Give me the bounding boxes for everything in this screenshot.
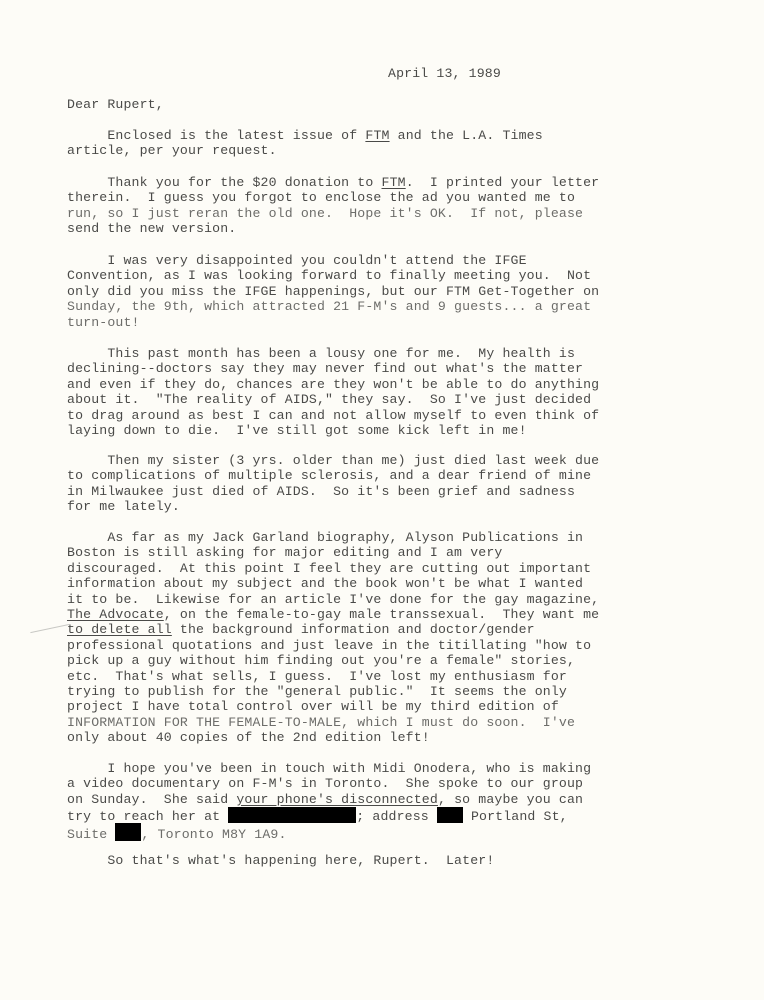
text-line: article, per your request. [67,143,707,158]
text-line: to delete all the background information… [67,622,707,637]
text-line: Sunday, the 9th, which attracted 21 F-M'… [67,299,707,314]
text-segment: Suite [67,827,115,842]
text-line: only did you miss the IFGE happenings, b… [67,284,707,299]
paragraph-grief: Then my sister (3 yrs. older than me) ju… [67,453,707,515]
text-line: etc. That's what sells, I guess. I've lo… [67,669,707,684]
letter-page: April 13, 1989 Dear Rupert, Enclosed is … [0,0,764,1000]
text-line: The Advocate, on the female-to-gay male … [67,607,707,622]
text-line: As far as my Jack Garland biography, Aly… [67,530,707,545]
text-segment: the background information and doctor/ge… [172,622,535,637]
text-line: Enclosed is the latest issue of FTM and … [67,128,707,143]
text-segment: Enclosed is the latest issue of [67,128,365,143]
text-line: discouraged. At this point I feel they a… [67,561,707,576]
text-line: declining--doctors say they may never fi… [67,361,707,376]
text-line: Convention, as I was looking forward to … [67,268,707,283]
text-segment: Portland St, [463,809,568,824]
text-segment: , so maybe you can [438,792,583,807]
paragraph-donation: Thank you for the $20 donation to FTM. I… [67,175,707,237]
text-line: for me lately. [67,499,707,514]
advocate-title-underlined: The Advocate [67,607,164,622]
text-segment: . I printed your letter [406,175,600,190]
text-segment: , on the female-to-gay male transsexual.… [164,607,599,622]
paragraph-enclosed: Enclosed is the latest issue of FTM and … [67,128,707,159]
text-line: Boston is still asking for major editing… [67,545,707,560]
stray-pen-mark [30,624,69,633]
text-line: a video documentary on F-M's in Toronto.… [67,776,707,791]
text-line: on Sunday. She said your phone's disconn… [67,792,707,807]
text-line: laying down to die. I've still got some … [67,423,707,438]
text-line: therein. I guess you forgot to enclose t… [67,190,707,205]
paragraph-biography: As far as my Jack Garland biography, Aly… [67,530,707,745]
letter-date: April 13, 1989 [388,66,501,81]
redacted-street-number [437,807,463,823]
text-line: run, so I just reran the old one. Hope i… [67,206,707,221]
text-line: Then my sister (3 yrs. older than me) ju… [67,453,707,468]
paragraph-convention: I was very disappointed you couldn't att… [67,253,707,330]
text-line: So that's what's happening here, Rupert.… [67,853,707,868]
delete-all-underlined: to delete all [67,622,172,637]
text-line: INFORMATION FOR THE FEMALE-TO-MALE, whic… [67,715,707,730]
paragraph-closing: So that's what's happening here, Rupert.… [67,853,707,868]
text-line: professional quotations and just leave i… [67,638,707,653]
text-line: This past month has been a lousy one for… [67,346,707,361]
text-line: I hope you've been in touch with Midi On… [67,761,707,776]
text-segment: on Sunday. She said [67,792,236,807]
paragraph-health: This past month has been a lousy one for… [67,346,707,438]
text-segment: try to reach her at [67,809,228,824]
text-segment: , Toronto M8Y 1A9. [141,827,286,842]
text-line: project I have total control over will b… [67,699,707,714]
text-line: send the new version. [67,221,707,236]
text-line: turn-out! [67,315,707,330]
text-line: it to be. Likewise for an article I've d… [67,592,707,607]
text-line: I was very disappointed you couldn't att… [67,253,707,268]
redacted-suite-number [115,823,141,841]
text-line: pick up a guy without him finding out yo… [67,653,707,668]
text-line: to complications of multiple sclerosis, … [67,468,707,483]
text-segment: and the L.A. Times [390,128,543,143]
text-segment: ; address [356,809,437,824]
text-line: and even if they do, chances are they wo… [67,377,707,392]
ftm-title-underlined: FTM [365,128,389,143]
text-line: Thank you for the $20 donation to FTM. I… [67,175,707,190]
text-line: about it. "The reality of AIDS," they sa… [67,392,707,407]
text-line: try to reach her at ; address Portland S… [67,807,707,822]
text-line: information about my subject and the boo… [67,576,707,591]
redacted-phone-number [228,807,356,823]
text-segment: Thank you for the $20 donation to [67,175,382,190]
text-line: only about 40 copies of the 2nd edition … [67,730,707,745]
text-line: to drag around as best I can and not all… [67,408,707,423]
paragraph-midi-onodera: I hope you've been in touch with Midi On… [67,761,707,838]
ftm-title-underlined: FTM [382,175,406,190]
phone-disconnected-underlined: your phone's disconnected [236,792,438,807]
text-line: Suite , Toronto M8Y 1A9. [67,823,707,838]
text-line: in Milwaukee just died of AIDS. So it's … [67,484,707,499]
text-line: trying to publish for the "general publi… [67,684,707,699]
salutation: Dear Rupert, [67,97,164,112]
